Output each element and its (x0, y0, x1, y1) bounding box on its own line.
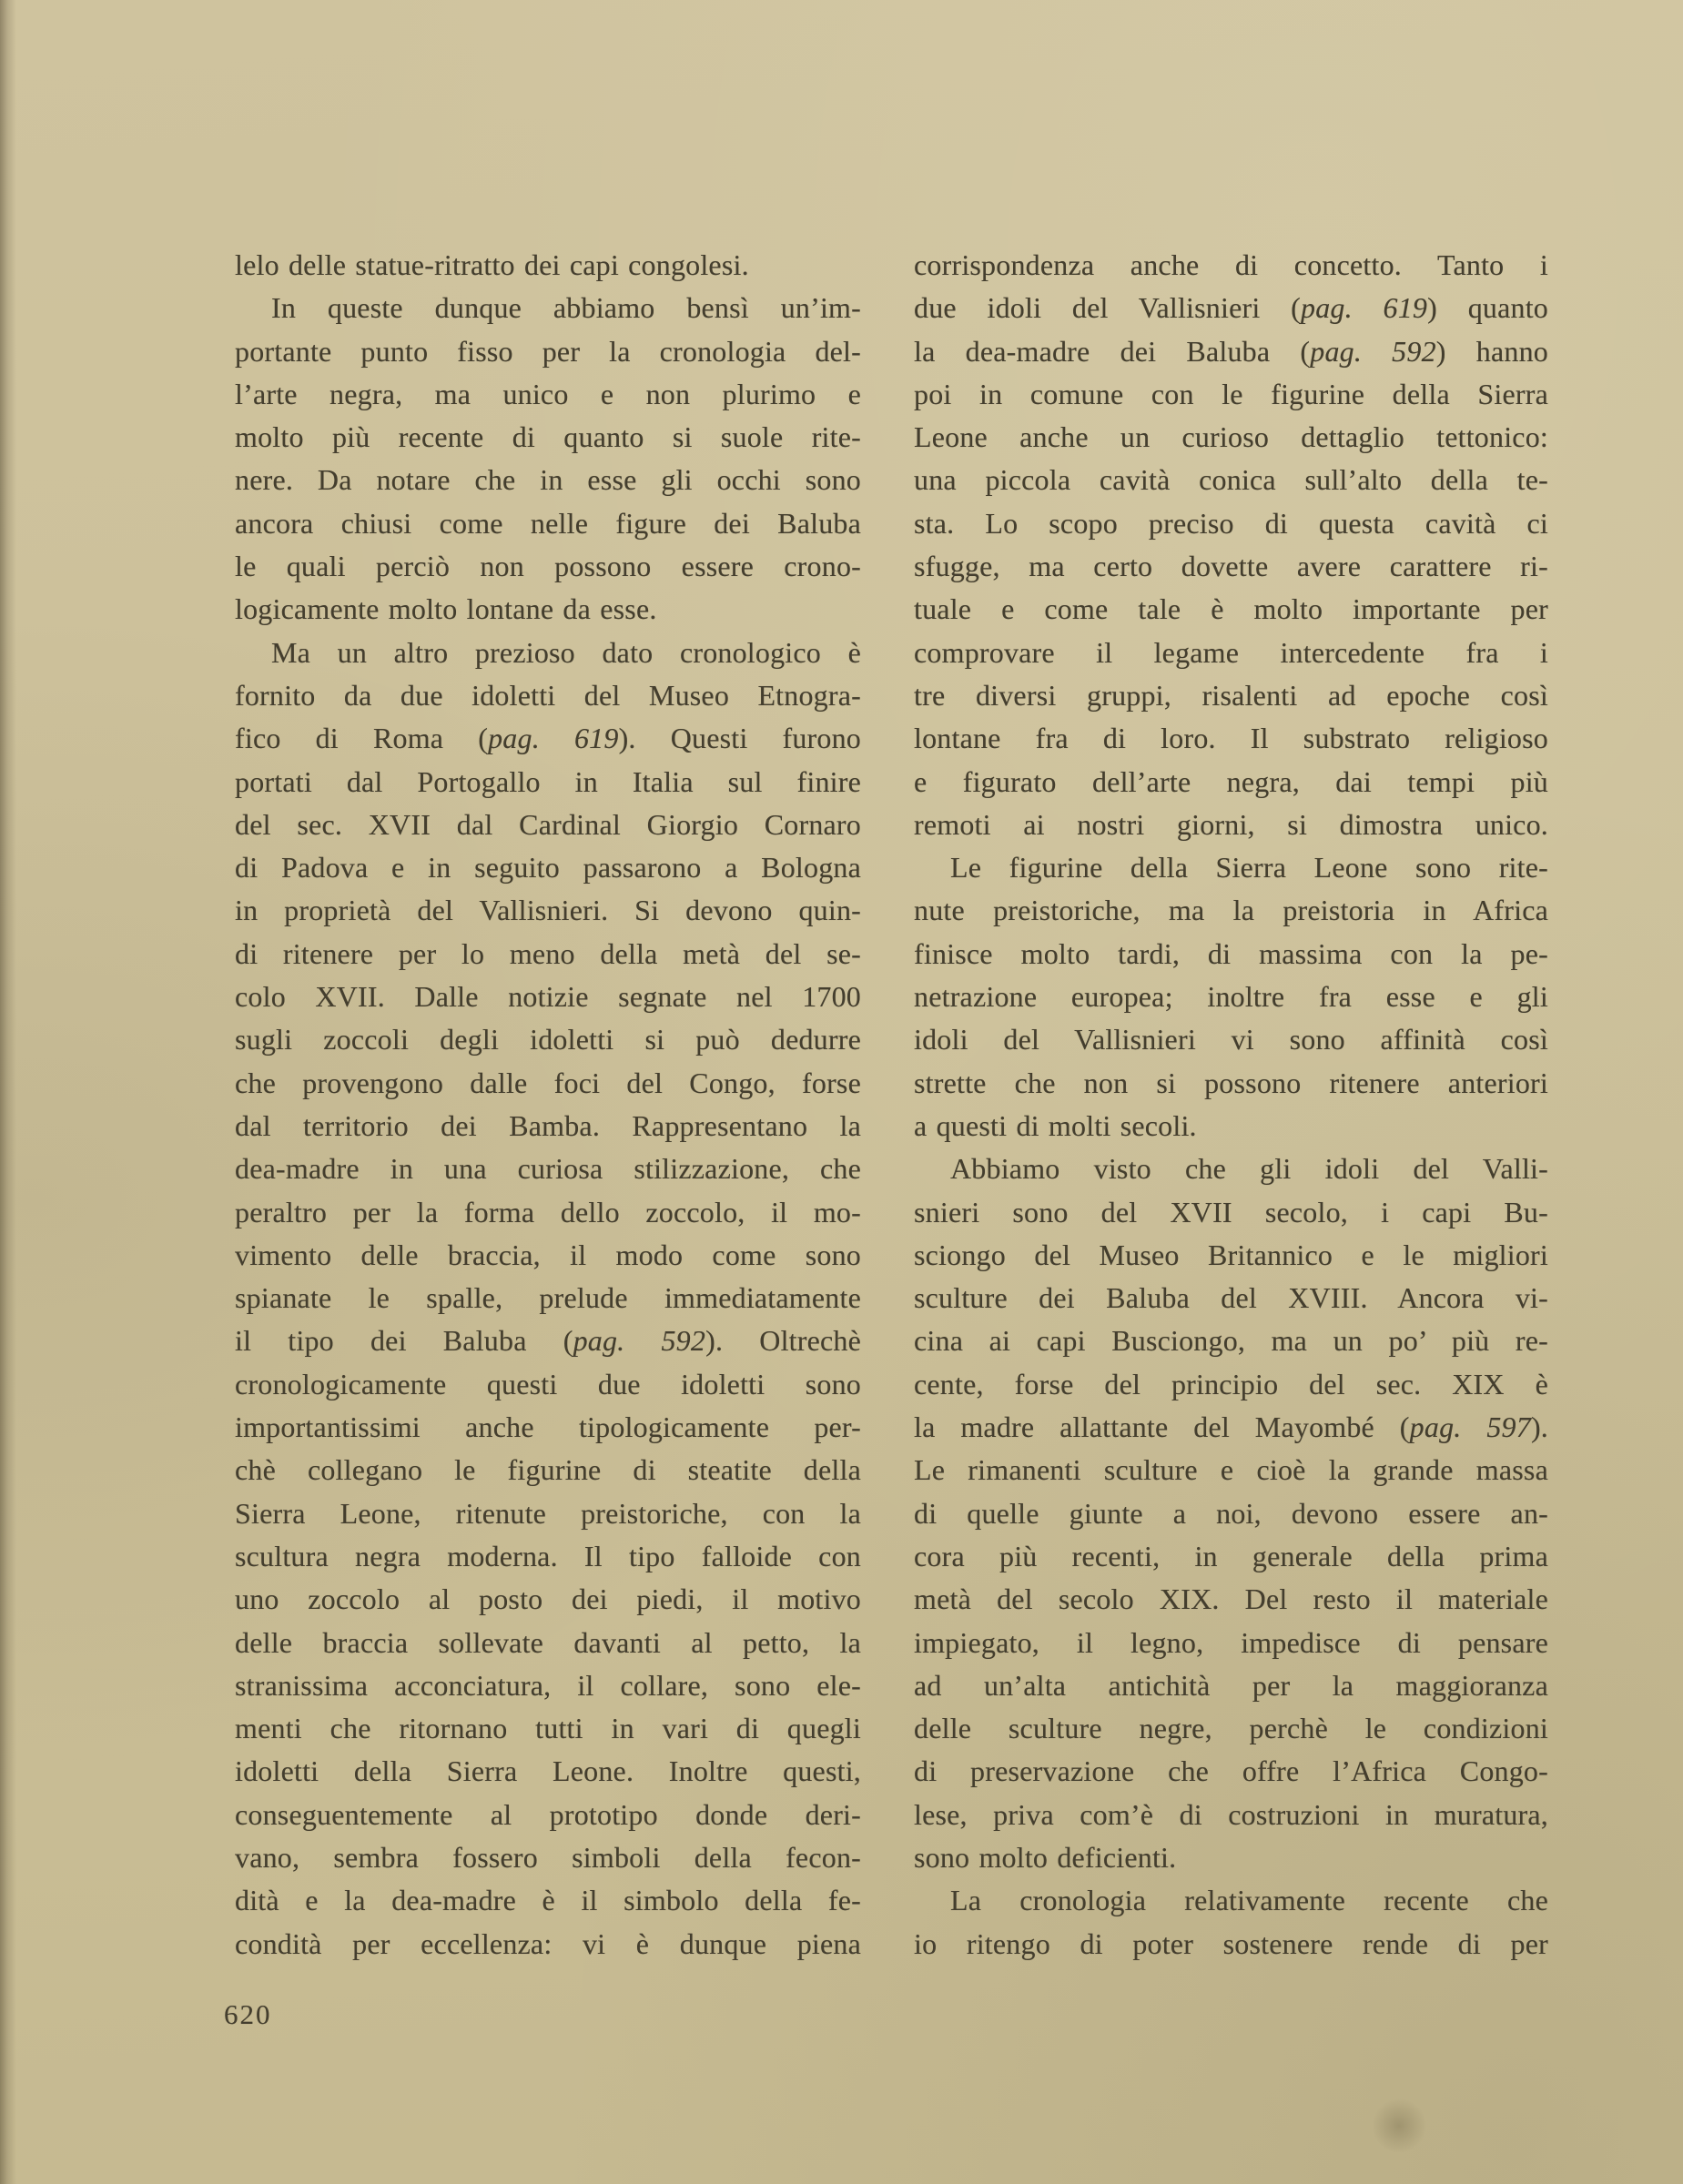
text-line: dità e la dea-madre è il simbolo della f… (235, 1879, 861, 1922)
text-line: vimento delle braccia, il modo come sono (235, 1234, 861, 1277)
text-line: scultura negra moderna. Il tipo falloide… (235, 1535, 861, 1578)
text-line: delle sculture negre, perchè le condizio… (914, 1707, 1548, 1750)
text-line: idoli del Vallisnieri vi sono affinità c… (914, 1018, 1548, 1061)
text-line: peraltro per la forma dello zoccolo, il … (235, 1191, 861, 1234)
text-line: sciongo del Museo Britannico e le miglio… (914, 1234, 1548, 1277)
text-line: ancora chiusi come nelle figure dei Balu… (235, 502, 861, 545)
text-line: tuale e come tale è molto importante per (914, 588, 1548, 631)
text-line: ad un’alta antichità per la maggioranza (914, 1664, 1548, 1707)
text-line: a questi di molti secoli. (914, 1105, 1548, 1148)
page-left-edge-shadow (0, 0, 16, 2184)
text-line: due idoli del Vallisnieri (pag. 619) qua… (914, 287, 1548, 329)
text-line: la madre allattante del Mayombé (pag. 59… (914, 1406, 1548, 1449)
text-line: snieri sono del XVII secolo, i capi Bu- (914, 1191, 1548, 1234)
text-line: portati dal Portogallo in Italia sul fin… (235, 761, 861, 804)
text-line: metà del secolo XIX. Del resto il materi… (914, 1578, 1548, 1621)
text-line: In queste dunque abbiamo bensì un’im- (235, 287, 861, 329)
text-line: remoti ai nostri giorni, si dimostra uni… (914, 804, 1548, 846)
text-line: menti che ritornano tutti in vari di que… (235, 1707, 861, 1750)
text-line: corrispondenza anche di concetto. Tanto … (914, 244, 1548, 287)
text-line: Leone anche un curioso dettaglio tettoni… (914, 416, 1548, 459)
text-line: lese, priva com’è di costruzioni in mura… (914, 1794, 1548, 1836)
text-line: La cronologia relativamente recente che (914, 1879, 1548, 1922)
text-line: vano, sembra fossero simboli della fecon… (235, 1836, 861, 1879)
text-line: sugli zoccoli degli idoletti si può dedu… (235, 1018, 861, 1061)
text-line: sta. Lo scopo preciso di questa cavità c… (914, 502, 1548, 545)
text-line: una piccola cavità conica sull’alto dell… (914, 459, 1548, 501)
page-number: 620 (224, 1998, 272, 2031)
text-line: e figurato dell’arte negra, dai tempi pi… (914, 761, 1548, 804)
text-column-left: lelo delle statue-ritratto dei capi cong… (235, 244, 861, 1966)
text-line: Abbiamo visto che gli idoli del Valli- (914, 1148, 1548, 1190)
text-line: stranissima acconciatura, il collare, so… (235, 1664, 861, 1707)
text-line: Ma un altro prezioso dato cronologico è (235, 632, 861, 674)
text-column-right: corrispondenza anche di concetto. Tanto … (914, 244, 1548, 1966)
text-line: Le figurine della Sierra Leone sono rite… (914, 846, 1548, 889)
text-line: Sierra Leone, ritenute preistoriche, con… (235, 1492, 861, 1535)
text-line: nute preistoriche, ma la preistoria in A… (914, 889, 1548, 932)
text-line: cora più recenti, in generale della prim… (914, 1535, 1548, 1578)
text-line: di ritenere per lo meno della metà del s… (235, 933, 861, 976)
text-line: idoletti della Sierra Leone. Inoltre que… (235, 1750, 861, 1793)
text-line: sculture dei Baluba del XVIII. Ancora vi… (914, 1277, 1548, 1319)
text-line: importantissimi anche tipologicamente pe… (235, 1406, 861, 1449)
text-line: lontane fra di loro. Il substrato religi… (914, 717, 1548, 760)
text-line: cente, forse del principio del sec. XIX … (914, 1363, 1548, 1406)
text-line: delle braccia sollevate davanti al petto… (235, 1622, 861, 1664)
text-line: del sec. XVII dal Cardinal Giorgio Corna… (235, 804, 861, 846)
text-line: di Padova e in seguito passarono a Bolog… (235, 846, 861, 889)
text-line: comprovare il legame intercedente fra i (914, 632, 1548, 674)
text-line: nere. Da notare che in esse gli occhi so… (235, 459, 861, 501)
text-line: dal territorio dei Bamba. Rappresentano … (235, 1105, 861, 1148)
text-line: il tipo dei Baluba (pag. 592). Oltrechè (235, 1319, 861, 1362)
text-line: logicamente molto lontane da esse. (235, 588, 861, 631)
text-line: di quelle giunte a noi, devono essere an… (914, 1492, 1548, 1535)
text-line: conseguentemente al prototipo donde deri… (235, 1794, 861, 1836)
text-line: l’arte negra, ma unico e non plurimo e (235, 373, 861, 416)
text-line: impiegato, il legno, impedisce di pensar… (914, 1622, 1548, 1664)
text-line: netrazione europea; inoltre fra esse e g… (914, 976, 1548, 1018)
text-line: cina ai capi Busciongo, ma un po’ più re… (914, 1319, 1548, 1362)
text-line: sfugge, ma certo dovette avere carattere… (914, 545, 1548, 588)
text-line: Le rimanenti sculture e cioè la grande m… (914, 1449, 1548, 1491)
text-line: portante punto fisso per la cronologia d… (235, 330, 861, 373)
text-line: strette che non si possono ritenere ante… (914, 1062, 1548, 1105)
book-page: lelo delle statue-ritratto dei capi cong… (0, 0, 1683, 2184)
text-line: molto più recente di quanto si suole rit… (235, 416, 861, 459)
text-line: che provengono dalle foci del Congo, for… (235, 1062, 861, 1105)
text-line: di preservazione che offre l’Africa Cong… (914, 1750, 1548, 1793)
text-line: la dea-madre dei Baluba (pag. 592) hanno (914, 330, 1548, 373)
text-line: spianate le spalle, prelude immediatamen… (235, 1277, 861, 1319)
text-line: dea-madre in una curiosa stilizzazione, … (235, 1148, 861, 1190)
text-line: lelo delle statue-ritratto dei capi cong… (235, 244, 861, 287)
text-line: uno zoccolo al posto dei piedi, il motiv… (235, 1578, 861, 1621)
text-line: finisce molto tardi, di massima con la p… (914, 933, 1548, 976)
text-line: io ritengo di poter sostenere rende di p… (914, 1923, 1548, 1966)
text-line: le quali perciò non possono essere crono… (235, 545, 861, 588)
text-line: fico di Roma (pag. 619). Questi furono (235, 717, 861, 760)
text-line: condità per eccellenza: vi è dunque pien… (235, 1923, 861, 1966)
text-line: fornito da due idoletti del Museo Etnogr… (235, 674, 861, 717)
text-line: cronologicamente questi due idoletti son… (235, 1363, 861, 1406)
text-line: colo XVII. Dalle notizie segnate nel 170… (235, 976, 861, 1018)
text-line: poi in comune con le figurine della Sier… (914, 373, 1548, 416)
text-line: sono molto deficienti. (914, 1836, 1548, 1879)
text-line: chè collegano le figurine di steatite de… (235, 1449, 861, 1491)
text-line: in proprietà del Vallisnieri. Si devono … (235, 889, 861, 932)
text-line: tre diversi gruppi, risalenti ad epoche … (914, 674, 1548, 717)
